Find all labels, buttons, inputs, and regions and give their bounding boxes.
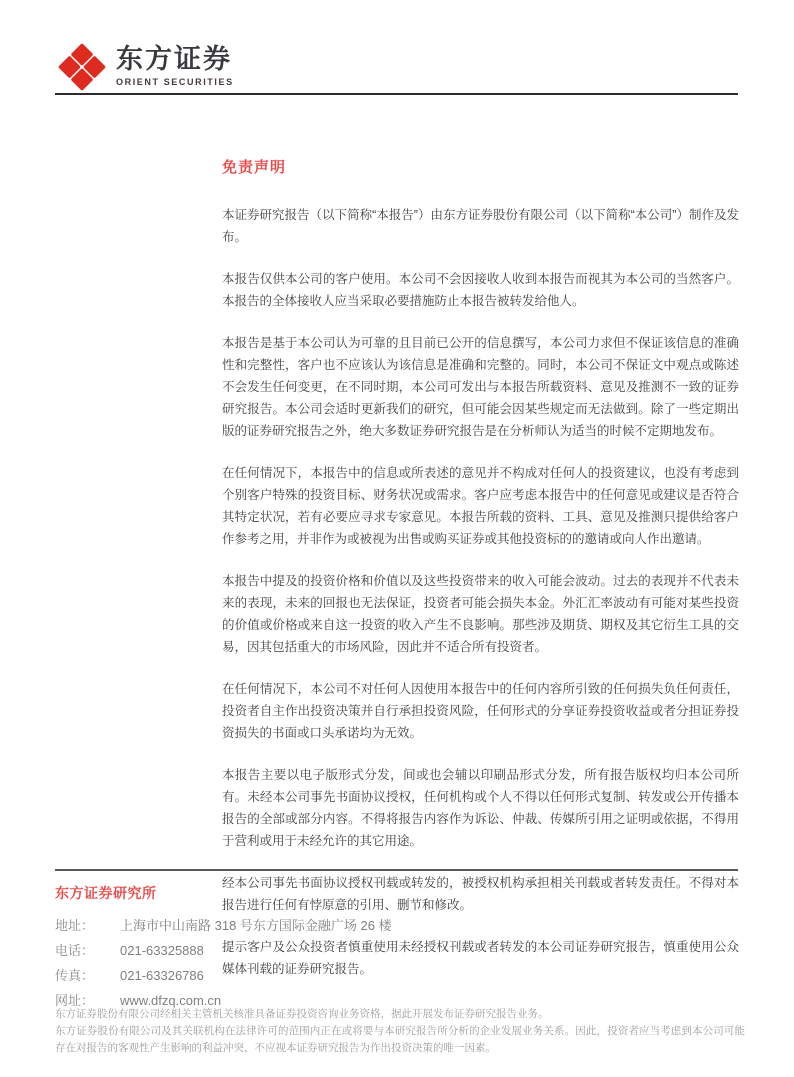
disclaimer-paragraph: 在任何情况下，本公司不对任何人因使用本报告中的任何内容所引致的任何损失负任何责任… (222, 678, 739, 744)
disclaimer-paragraph: 本证券研究报告（以下简称“本报告”）由东方证券股份有限公司（以下简称“本公司”）… (222, 204, 739, 248)
contact-value-address: 上海市中山南路 318 号东方国际金融广场 26 楼 (120, 913, 392, 938)
contact-row-fax: 传真： 021-63326786 (55, 963, 738, 988)
contact-value-fax: 021-63326786 (120, 963, 204, 988)
orient-securities-logo-icon (57, 42, 107, 92)
contact-row-address: 地址： 上海市中山南路 318 号东方国际金融广场 26 楼 (55, 913, 738, 938)
disclaimer-title: 免责声明 (222, 156, 739, 177)
brand-text: 东方证券 ORIENT SECURITIES (116, 42, 234, 87)
brand-name-cn: 东方证券 (116, 44, 234, 74)
disclaimer-paragraph: 本报告中提及的投资价格和价值以及这些投资带来的收入可能会波动。过去的表现并不代表… (222, 570, 739, 658)
footnotes-section: 东方证券股份有限公司经相关主管机关核准具备证券投资咨询业务资格，据此开展发布证券… (55, 1006, 745, 1057)
disclaimer-paragraph: 本报告是基于本公司认为可靠的且目前已公开的信息撰写，本公司力求但不保证该信息的准… (222, 332, 739, 442)
footnote-line: 东方证券股份有限公司及其关联机构在法律许可的范围内正在或将要与本研究报告所分析的… (55, 1023, 745, 1057)
research-institute-title: 东方证券研究所 (55, 883, 738, 903)
brand-logo: 东方证券 ORIENT SECURITIES (57, 42, 234, 92)
brand-name-en: ORIENT SECURITIES (116, 77, 234, 87)
report-disclaimer-page: 东方证券 ORIENT SECURITIES 免责声明 本证券研究报告（以下简称… (0, 0, 794, 1077)
contact-label: 电话： (55, 938, 120, 963)
footnote-line: 东方证券股份有限公司经相关主管机关核准具备证券投资咨询业务资格，据此开展发布证券… (55, 1006, 745, 1023)
disclaimer-paragraph: 本报告主要以电子版形式分发，间或也会辅以印刷品形式分发，所有报告版权均归本公司所… (222, 764, 739, 852)
research-institute-section: 东方证券研究所 地址： 上海市中山南路 318 号东方国际金融广场 26 楼 电… (55, 869, 738, 1013)
contact-value-phone: 021-63325888 (120, 938, 204, 963)
contact-label: 地址： (55, 913, 120, 938)
contact-label: 传真： (55, 963, 120, 988)
disclaimer-paragraph: 本报告仅供本公司的客户使用。本公司不会因接收人收到本报告而视其为本公司的当然客户… (222, 268, 739, 312)
disclaimer-paragraph: 在任何情况下，本报告中的信息或所表述的意见并不构成对任何人的投资建议，也没有考虑… (222, 462, 739, 550)
contact-row-phone: 电话： 021-63325888 (55, 938, 738, 963)
header-divider (55, 93, 738, 95)
